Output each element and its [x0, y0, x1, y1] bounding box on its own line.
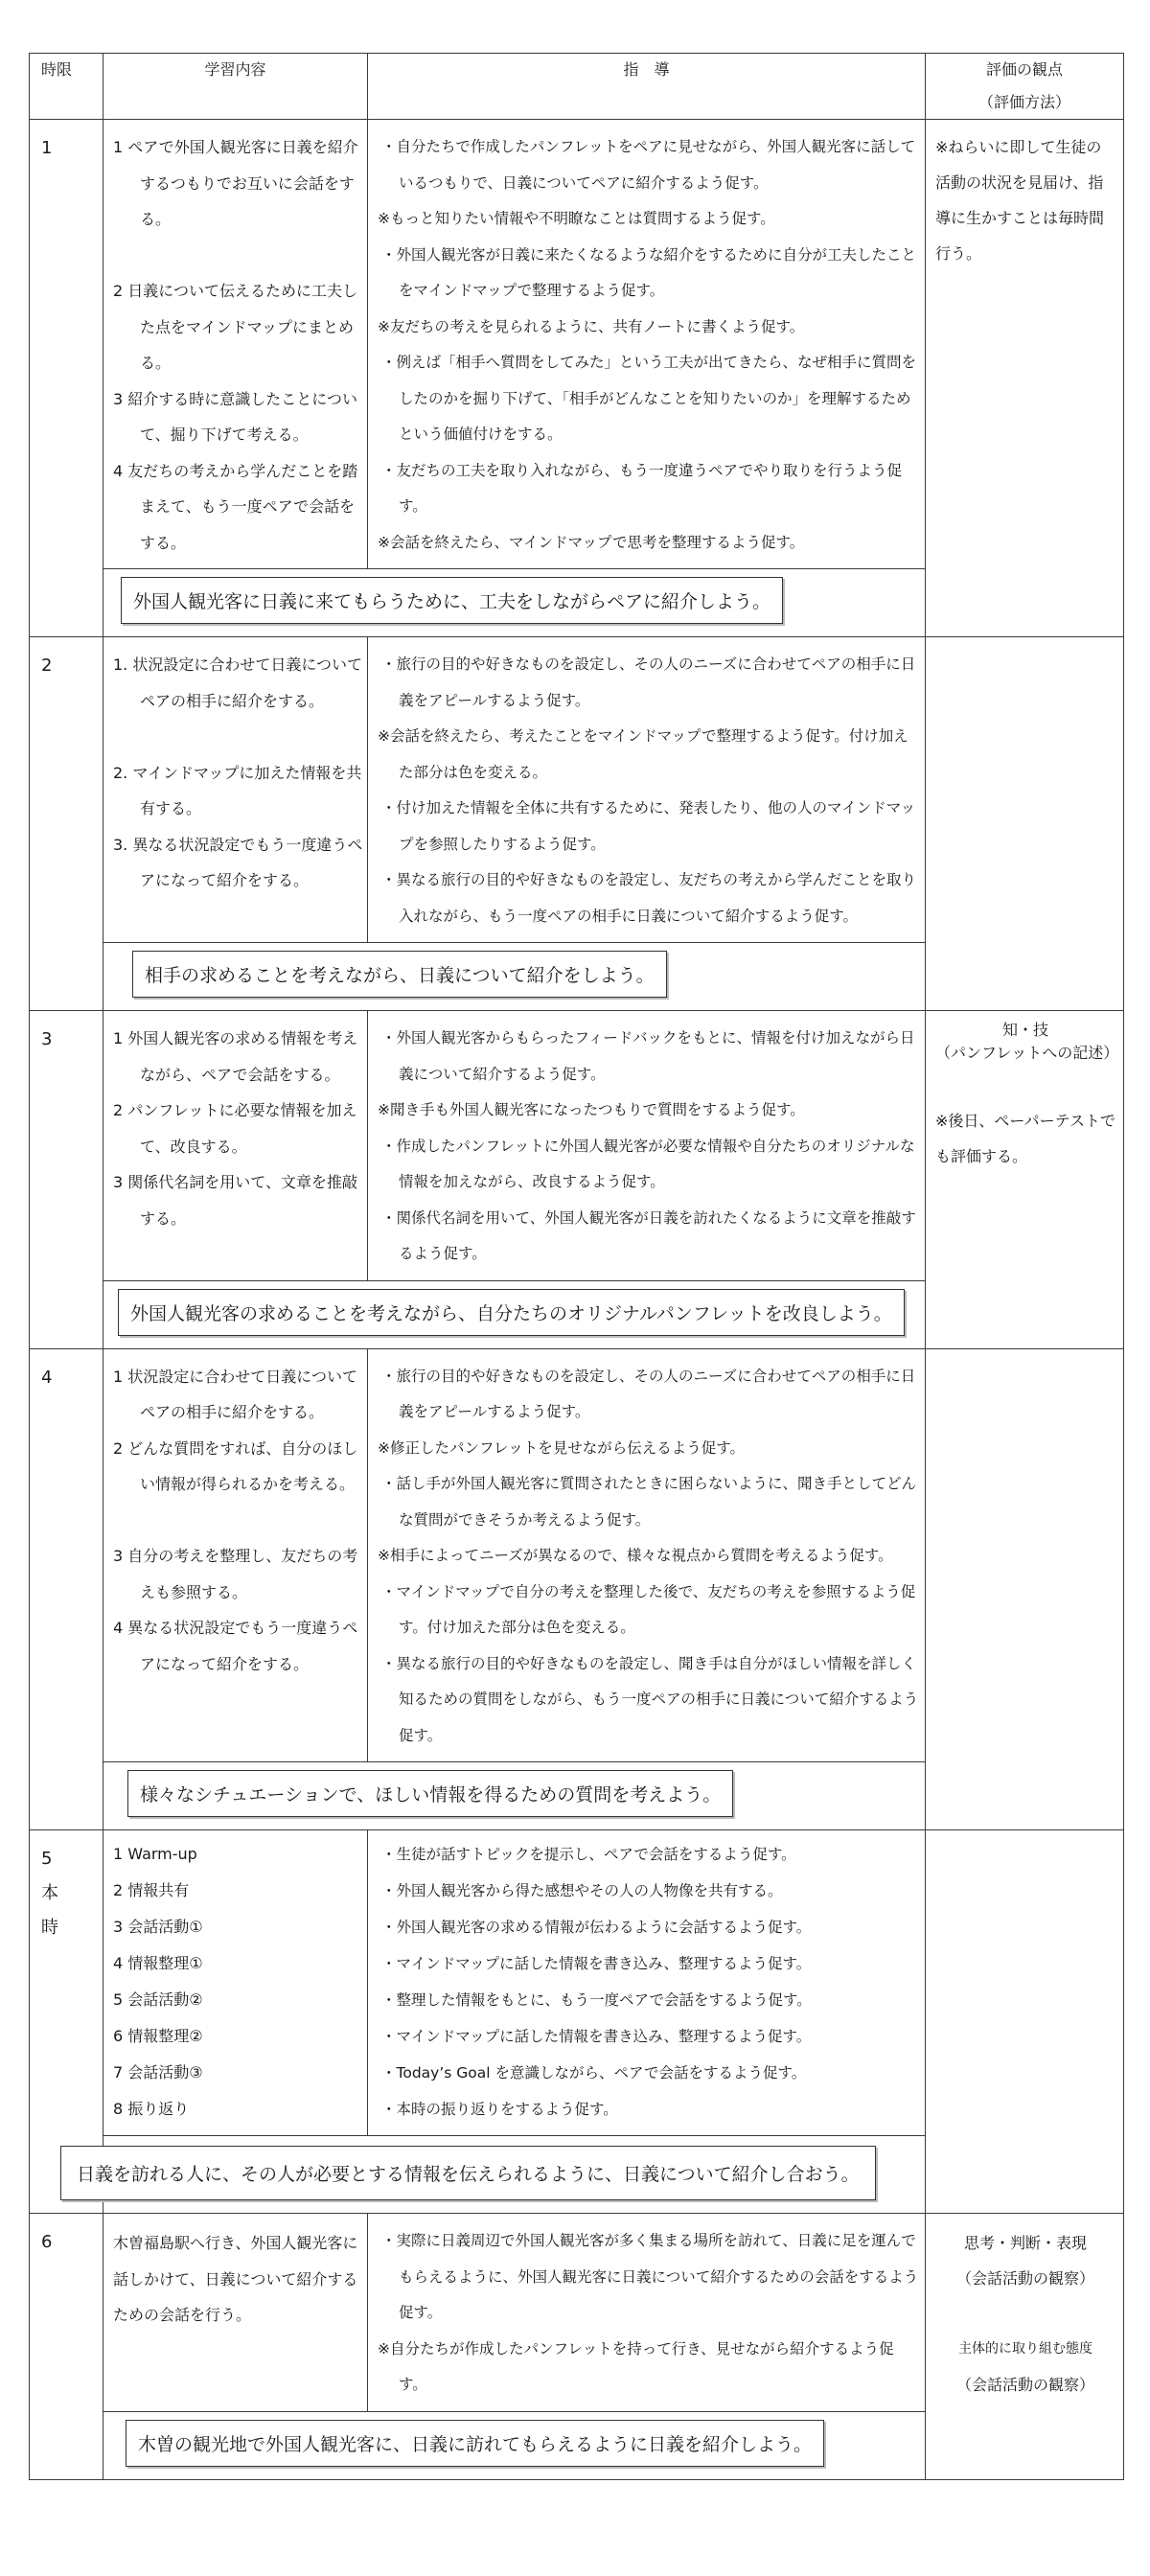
guidance-note: ※相手によってニーズが異なるので、様々な視点から質問を考えるよう促す。: [378, 1538, 921, 1575]
header-evaluation-title: 評価の観点: [926, 54, 1123, 86]
evaluation-cell: 知・技 （パンフレットへの記述） ※後日、ペーパーテストでも評価する。: [926, 1011, 1124, 1349]
content-item: 3 会話活動①: [113, 1909, 363, 1945]
guidance-item: ・マインドマップに話した情報を書き込み、整理するよう促す。: [378, 1945, 921, 1982]
period-cell: 2: [30, 637, 103, 1011]
guidance-list: ・旅行の目的や好きなものを設定し、その人のニーズに合わせてペアの相手に日義をアピ…: [368, 1349, 925, 1762]
content-list: 1 状況設定に合わせて日義についてペアの相手に紹介をする。 2 どんな質問をすれ…: [103, 1349, 367, 1690]
content-item: 1 外国人観光客の求める情報を考えながら、ペアで会話をする。: [113, 1021, 363, 1092]
guidance-note: ※聞き手も外国人観光客になったつもりで質問をするよう促す。: [378, 1092, 921, 1129]
guidance-cell: ・生徒が話すトピックを提示し、ペアで会話をするよう促す。 ・外国人観光客から得た…: [368, 1830, 926, 2136]
guidance-list: ・実際に日義周辺で外国人観光客が多く集まる場所を訪れて、日義に足を運んでもらえる…: [368, 2214, 925, 2411]
content-item: 3 紹介する時に意識したことについて、掘り下げて考える。: [113, 381, 363, 453]
lesson-goal-box: 木曽の観光地で外国人観光客に、日義に訪れてもらえるように日義を紹介しよう。: [126, 2420, 824, 2467]
content-cell: 木曽福島駅へ行き、外国人観光客に話しかけて、日義について紹介するための会話を行う…: [103, 2214, 368, 2412]
guidance-note: ※会話を終えたら、マインドマップで思考を整理するよう促す。: [378, 525, 921, 562]
content-text: 木曽福島駅へ行き、外国人観光客に話しかけて、日義について紹介するための会話を行う…: [103, 2214, 367, 2341]
content-item: 1 ペアで外国人観光客に日義を紹介するつもりでお互いに会話をする。: [113, 129, 363, 238]
period-cell: 1: [30, 120, 103, 637]
guidance-item: ・マインドマップに話した情報を書き込み、整理するよう促す。: [378, 2018, 921, 2055]
guidance-item: ・生徒が話すトピックを提示し、ペアで会話をするよう促す。: [378, 1836, 921, 1873]
content-item: 4 異なる状況設定でもう一度違うペアになって紹介をする。: [113, 1610, 363, 1682]
header-content: 学習内容: [103, 54, 368, 120]
guidance-item: ・自分たちで作成したパンフレットをペアに見せながら、外国人観光客に話しているつも…: [378, 129, 921, 201]
guidance-item: ・異なる旅行の目的や好きなものを設定し、友だちの考えから学んだことを取り入れなが…: [378, 862, 921, 934]
guidance-cell: ・旅行の目的や好きなものを設定し、その人のニーズに合わせてペアの相手に日義をアピ…: [368, 637, 926, 943]
evaluation-text: ※後日、ペーパーテストでも評価する。: [926, 1065, 1123, 1174]
guidance-item: ・旅行の目的や好きなものを設定し、その人のニーズに合わせてペアの相手に日義をアピ…: [378, 1359, 921, 1431]
guidance-item: ・話し手が外国人観光客に質問されたときに困らないように、聞き手としてどんな質問が…: [378, 1466, 921, 1538]
goal-cell: 様々なシチュエーションで、ほしい情報を得るための質問を考えよう。: [103, 1762, 926, 1830]
table-row: 4 1 状況設定に合わせて日義についてペアの相手に紹介をする。 2 どんな質問を…: [30, 1348, 1124, 1762]
evaluation-title: 主体的に取り組む態度: [926, 2296, 1123, 2367]
content-item: 7 会話活動③: [113, 2055, 363, 2091]
content-item: 2 日義について伝えるために工夫した点をマインドマップにまとめる。: [113, 273, 363, 381]
content-cell: 1. 状況設定に合わせて日義についてペアの相手に紹介をする。 2. マインドマッ…: [103, 637, 368, 943]
current-lesson-marker: 本: [30, 1876, 103, 1911]
lesson-plan-sheet: 時限 学習内容 指 導 評価の観点 （評価方法） 1 1 ペアで外国人観光客に日…: [29, 53, 1123, 2480]
table-row: 6 木曽福島駅へ行き、外国人観光客に話しかけて、日義について紹介するための会話を…: [30, 2214, 1124, 2412]
content-cell: 1 Warm-up 2 情報共有 3 会話活動① 4 情報整理① 5 会話活動②…: [103, 1830, 368, 2136]
guidance-note: ※会話を終えたら、考えたことをマインドマップで整理するよう促す。付け加えた部分は…: [378, 719, 921, 791]
evaluation-text: ※ねらいに即して生徒の活動の状況を見届け、指導に生かすことは毎時間行う。: [926, 120, 1123, 271]
content-cell: 1 外国人観光客の求める情報を考えながら、ペアで会話をする。 2 パンフレットに…: [103, 1011, 368, 1281]
header-guidance: 指 導: [368, 54, 926, 120]
goal-cell: 木曽の観光地で外国人観光客に、日義に訪れてもらえるように日義を紹介しよう。: [103, 2411, 926, 2479]
content-item: 3. 異なる状況設定でもう一度違うペアになって紹介をする。: [113, 827, 363, 899]
guidance-item: ・実際に日義周辺で外国人観光客が多く集まる場所を訪れて、日義に足を運んでもらえる…: [378, 2223, 921, 2332]
evaluation-cell: [926, 1830, 1124, 2214]
content-item: 4 友だちの考えから学んだことを踏まえて、もう一度ペアで会話をする。: [113, 453, 363, 562]
lesson-goal-box: 相手の求めることを考えながら、日義について紹介をしよう。: [132, 951, 667, 998]
guidance-item: ・外国人観光客からもらったフィードバックをもとに、情報を付け加えながら日義につい…: [378, 1021, 921, 1092]
guidance-item: ・作成したパンフレットに外国人観光客が必要な情報や自分たちのオリジナルな情報を加…: [378, 1129, 921, 1201]
evaluation-cell: [926, 1348, 1124, 1830]
content-item: 2. マインドマップに加えた情報を共有する。: [113, 755, 363, 827]
guidance-list: ・外国人観光客からもらったフィードバックをもとに、情報を付け加えながら日義につい…: [368, 1011, 925, 1280]
lesson-goal-box: 外国人観光客の求めることを考えながら、自分たちのオリジナルパンフレットを改良しよ…: [118, 1289, 905, 1336]
spacer: [113, 1503, 363, 1539]
guidance-note: ※友だちの考えを見られるように、共有ノートに書くよう促す。: [378, 310, 921, 346]
table-row: 3 1 外国人観光客の求める情報を考えながら、ペアで会話をする。 2 パンフレッ…: [30, 1011, 1124, 1281]
content-cell: 1 状況設定に合わせて日義についてペアの相手に紹介をする。 2 どんな質問をすれ…: [103, 1348, 368, 1762]
header-row: 時限 学習内容 指 導 評価の観点 （評価方法）: [30, 54, 1124, 120]
guidance-note: ※修正したパンフレットを見せながら伝えるよう促す。: [378, 1431, 921, 1467]
guidance-note: ※もっと知りたい情報や不明瞭なことは質問するよう促す。: [378, 201, 921, 238]
goal-cell: 外国人観光客に日義に来てもらうために、工夫をしながらペアに紹介しよう。: [103, 569, 926, 637]
guidance-cell: ・外国人観光客からもらったフィードバックをもとに、情報を付け加えながら日義につい…: [368, 1011, 926, 1281]
evaluation-cell: ※ねらいに即して生徒の活動の状況を見届け、指導に生かすことは毎時間行う。: [926, 120, 1124, 637]
guidance-item: ・例えば「相手へ質問をしてみた」という工夫が出てきたら、なぜ相手に質問をしたのか…: [378, 345, 921, 453]
guidance-item: ・外国人観光客が日義に来たくなるような紹介をするために自分が工夫したことをマイン…: [378, 238, 921, 310]
evaluation-method: （会話活動の観察）: [926, 2367, 1123, 2403]
period-number: 4: [30, 1349, 103, 1395]
goal-cell: 日義を訪れる人に、その人が必要とする情報を伝えられるように、日義について紹介し合…: [103, 2136, 926, 2214]
period-number: 3: [30, 1011, 103, 1057]
period-cell: 3: [30, 1011, 103, 1349]
current-lesson-marker: 時: [30, 1911, 103, 1945]
guidance-item: ・本時の振り返りをするよう促す。: [378, 2091, 921, 2127]
guidance-item: ・外国人観光客から得た感想やその人の人物像を共有する。: [378, 1873, 921, 1909]
guidance-note: ※自分たちが作成したパンフレットを持って行き、見せながら紹介するよう促す。: [378, 2332, 921, 2403]
guidance-item: ・付け加えた情報を全体に共有するために、発表したり、他の人のマインドマップを参照…: [378, 791, 921, 862]
period-number: 5: [30, 1830, 103, 1876]
guidance-item: ・マインドマップで自分の考えを整理した後で、友だちの考えを参照するよう促す。付け…: [378, 1575, 921, 1646]
guidance-cell: ・実際に日義周辺で外国人観光客が多く集まる場所を訪れて、日義に足を運んでもらえる…: [368, 2214, 926, 2412]
content-item: 3 自分の考えを整理し、友だちの考えも参照する。: [113, 1538, 363, 1610]
lesson-plan-table: 時限 学習内容 指 導 評価の観点 （評価方法） 1 1 ペアで外国人観光客に日…: [29, 53, 1124, 2480]
evaluation-method: （パンフレットへの記述）: [926, 1042, 1123, 1065]
header-evaluation: 評価の観点 （評価方法）: [926, 54, 1124, 120]
content-list: 1 外国人観光客の求める情報を考えながら、ペアで会話をする。 2 パンフレットに…: [103, 1011, 367, 1244]
content-cell: 1 ペアで外国人観光客に日義を紹介するつもりでお互いに会話をする。 2 日義につ…: [103, 120, 368, 569]
guidance-cell: ・自分たちで作成したパンフレットをペアに見せながら、外国人観光客に話しているつも…: [368, 120, 926, 569]
goal-cell: 外国人観光客の求めることを考えながら、自分たちのオリジナルパンフレットを改良しよ…: [103, 1280, 926, 1348]
content-item: 1. 状況設定に合わせて日義についてペアの相手に紹介をする。: [113, 647, 363, 719]
guidance-list: ・生徒が話すトピックを提示し、ペアで会話をするよう促す。 ・外国人観光客から得た…: [368, 1830, 925, 2135]
evaluation-cell: 思考・判断・表現 （会話活動の観察） 主体的に取り組む態度 （会話活動の観察）: [926, 2214, 1124, 2480]
guidance-item: ・友だちの工夫を取り入れながら、もう一度違うペアでやり取りを行うよう促す。: [378, 453, 921, 525]
content-item: 6 情報整理②: [113, 2018, 363, 2055]
content-item: 2 どんな質問をすれば、自分のほしい情報が得られるかを考える。: [113, 1431, 363, 1503]
content-item: 2 パンフレットに必要な情報を加えて、改良する。: [113, 1092, 363, 1164]
content-item: 4 情報整理①: [113, 1945, 363, 1982]
table-row: 1 1 ペアで外国人観光客に日義を紹介するつもりでお互いに会話をする。 2 日義…: [30, 120, 1124, 569]
lesson-goal-box: 日義を訪れる人に、その人が必要とする情報を伝えられるように、日義について紹介し合…: [60, 2146, 876, 2200]
period-cell: 4: [30, 1348, 103, 1830]
content-item: 5 会話活動②: [113, 1982, 363, 2018]
guidance-item: ・外国人観光客の求める情報が伝わるように会話するよう促す。: [378, 1909, 921, 1945]
content-item: 1 状況設定に合わせて日義についてペアの相手に紹介をする。: [113, 1359, 363, 1431]
lesson-goal-box: 様々なシチュエーションで、ほしい情報を得るための質問を考えよう。: [127, 1770, 733, 1817]
header-period: 時限: [30, 54, 103, 120]
header-evaluation-method: （評価方法）: [926, 86, 1123, 119]
guidance-list: ・旅行の目的や好きなものを設定し、その人のニーズに合わせてペアの相手に日義をアピ…: [368, 637, 925, 942]
period-number: 2: [30, 637, 103, 683]
spacer: [113, 238, 363, 274]
guidance-cell: ・旅行の目的や好きなものを設定し、その人のニーズに合わせてペアの相手に日義をアピ…: [368, 1348, 926, 1762]
period-number: 6: [30, 2214, 103, 2260]
goal-cell: 相手の求めることを考えながら、日義について紹介をしよう。: [103, 943, 926, 1011]
evaluation-title: 思考・判断・表現: [926, 2214, 1123, 2261]
spacer: [113, 719, 363, 755]
evaluation-title: 知・技: [926, 1011, 1123, 1042]
guidance-item: ・Today’s Goal を意識しながら、ペアで会話をするよう促す。: [378, 2055, 921, 2091]
content-item: 1 Warm-up: [113, 1836, 363, 1873]
period-cell: 6: [30, 2214, 103, 2480]
evaluation-method: （会話活動の観察）: [926, 2261, 1123, 2296]
content-list: 1 ペアで外国人観光客に日義を紹介するつもりでお互いに会話をする。 2 日義につ…: [103, 120, 367, 568]
guidance-item: ・異なる旅行の目的や好きなものを設定し、聞き手は自分がほしい情報を詳しく知るため…: [378, 1646, 921, 1755]
guidance-item: ・整理した情報をもとに、もう一度ペアで会話をするよう促す。: [378, 1982, 921, 2018]
lesson-goal-box: 外国人観光客に日義に来てもらうために、工夫をしながらペアに紹介しよう。: [121, 577, 783, 624]
content-item: 3 関係代名詞を用いて、文章を推敲する。: [113, 1164, 363, 1236]
period-number: 1: [30, 120, 103, 166]
guidance-list: ・自分たちで作成したパンフレットをペアに見せながら、外国人観光客に話しているつも…: [368, 120, 925, 568]
content-list: 1. 状況設定に合わせて日義についてペアの相手に紹介をする。 2. マインドマッ…: [103, 637, 367, 907]
guidance-item: ・関係代名詞を用いて、外国人観光客が日義を訪れたくなるように文章を推敲するよう促…: [378, 1201, 921, 1273]
content-item: 8 振り返り: [113, 2091, 363, 2127]
table-row: 5 本 時 1 Warm-up 2 情報共有 3 会話活動① 4 情報整理① 5…: [30, 1830, 1124, 2136]
content-list: 1 Warm-up 2 情報共有 3 会話活動① 4 情報整理① 5 会話活動②…: [103, 1830, 367, 2135]
table-row: 2 1. 状況設定に合わせて日義についてペアの相手に紹介をする。 2. マインド…: [30, 637, 1124, 943]
content-item: 2 情報共有: [113, 1873, 363, 1909]
evaluation-cell: [926, 637, 1124, 1011]
guidance-item: ・旅行の目的や好きなものを設定し、その人のニーズに合わせてペアの相手に日義をアピ…: [378, 647, 921, 719]
